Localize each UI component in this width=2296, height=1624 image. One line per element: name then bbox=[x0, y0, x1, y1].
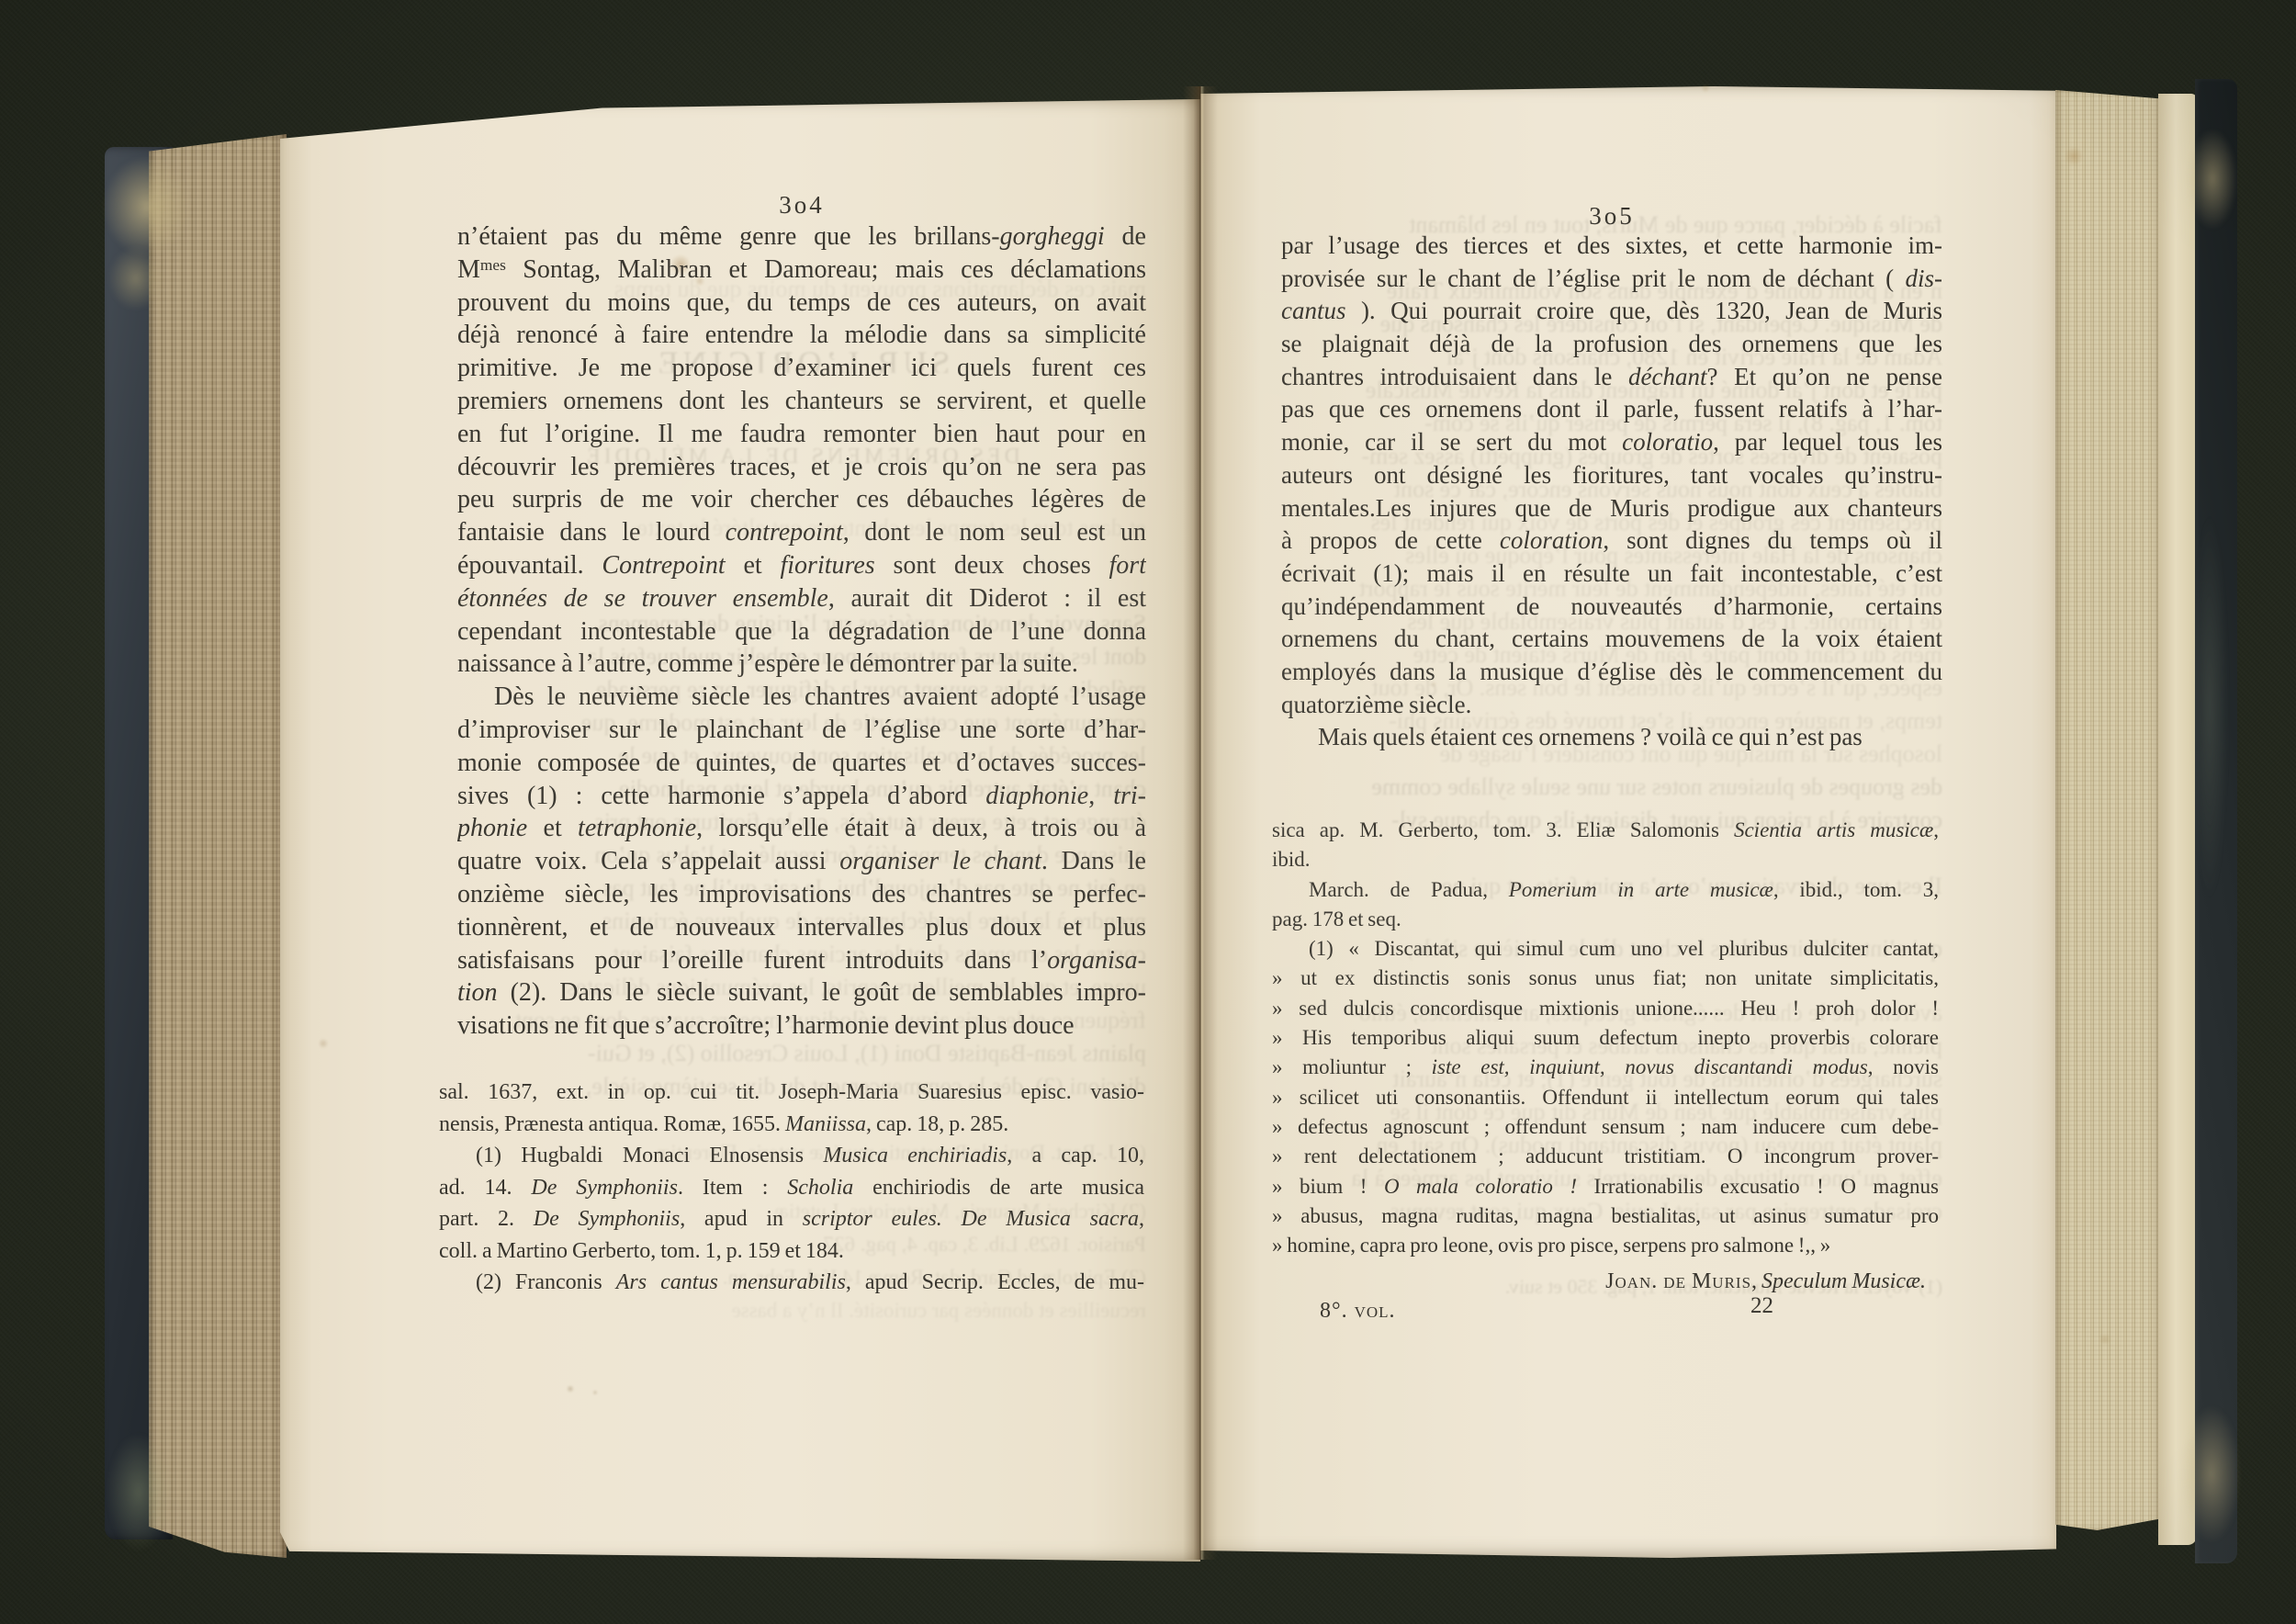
text-line: tion (2). Dans le siècle suivant, le goû… bbox=[457, 976, 1146, 1009]
text-line: qu’indépendamment de nouveautés d’harmon… bbox=[1281, 591, 1942, 624]
text-line: » defectus agnoscunt ; offendunt sensum … bbox=[1272, 1112, 1939, 1142]
text-line: visations ne fit que s’accroître; l’harm… bbox=[457, 1009, 1146, 1043]
text-line: March. de Padua, Pomerium in arte musicæ… bbox=[1272, 875, 1939, 905]
text-line: à propos de cette coloration, sont digne… bbox=[1281, 524, 1942, 558]
text-line: » His temporibus aliqui suum defectum in… bbox=[1272, 1023, 1939, 1053]
text-line: sal. 1637, ext. in op. cui tit. Joseph-M… bbox=[439, 1077, 1144, 1109]
text-line: se plaignait déjà de la profusion des or… bbox=[1281, 328, 1942, 361]
text-line: employés dans la musique d’église dès le… bbox=[1281, 656, 1942, 689]
text-line: peu surpris de me voir chercher ces déba… bbox=[457, 483, 1146, 516]
text-line: Dès le neuvième siècle les chantres avai… bbox=[457, 681, 1146, 714]
text-line: » bium ! O mala coloratio ! Irrationabil… bbox=[1272, 1172, 1939, 1201]
text-line: part. 2. De Symphoniis, apud in scriptor… bbox=[439, 1203, 1144, 1235]
text-line: n’étaient pas du même genre que les bril… bbox=[457, 220, 1146, 254]
book-photo: mais ces déclamations prouvent du moins … bbox=[0, 0, 2296, 1624]
text-line: ibid. bbox=[1272, 845, 1939, 874]
text-line: onzième siècle, les improvisations des c… bbox=[457, 878, 1146, 911]
left-page-footnotes: sal. 1637, ext. in op. cui tit. Joseph-M… bbox=[439, 1077, 1144, 1299]
text-line: phonie et tetraphonie, lorsqu’elle était… bbox=[457, 812, 1146, 845]
text-line: (1) Hugbaldi Monaci Elnosensis Musica en… bbox=[439, 1140, 1144, 1172]
text-line: pag. 178 et seq. bbox=[1272, 905, 1939, 934]
text-line: » abusus, magna ruditas, magna bestialit… bbox=[1272, 1201, 1939, 1231]
text-line: Mmes Sontag, Malibran et Damoreau; mais … bbox=[457, 254, 1146, 287]
text-line: tionnèrent, et de nouveaux intervalles p… bbox=[457, 911, 1146, 944]
text-line: quatorzième siècle. bbox=[1281, 689, 1942, 722]
text-line: (1) « Discantat, qui simul cum uno vel p… bbox=[1272, 934, 1939, 964]
text-line: coll. a Martino Gerberto, tom. 1, p. 159… bbox=[439, 1235, 1144, 1268]
text-line: écrivait (1); mais il en résulte un fait… bbox=[1281, 558, 1942, 591]
text-line: mentales.Les injures que de Muris prodig… bbox=[1281, 492, 1942, 525]
left-page-body-text: n’étaient pas du même genre que les bril… bbox=[457, 220, 1146, 1043]
text-line: en fut l’origine. Il me faudra remonter … bbox=[457, 418, 1146, 451]
right-fore-edge-pages bbox=[2055, 90, 2160, 1530]
right-page-body-text: par l’usage des tierces et des sixtes, e… bbox=[1281, 230, 1942, 754]
text-line: » homine, capra pro leone, ovis pro pisc… bbox=[1272, 1231, 1939, 1260]
text-line: fantaisie dans le lourd contrepoint, don… bbox=[457, 516, 1146, 549]
text-line: sica ap. M. Gerberto, tom. 3. Eliæ Salom… bbox=[1272, 816, 1939, 845]
text-line: Joan. de Muris, Speculum Musicæ. bbox=[1272, 1268, 1926, 1295]
left-fore-edge-pages bbox=[149, 134, 287, 1558]
text-line: découvrir les premières traces, et je cr… bbox=[457, 451, 1146, 484]
footnote-attribution: Joan. de Muris, Speculum Musicæ. bbox=[1272, 1268, 1926, 1295]
page-number-right: 3o5 bbox=[1281, 202, 1942, 231]
text-line: par l’usage des tierces et des sixtes, e… bbox=[1281, 230, 1942, 263]
volume-signature: 8°. vol. bbox=[1320, 1299, 1396, 1324]
text-line: épouvantail. Contrepoint et fioritures s… bbox=[457, 549, 1146, 582]
text-line: primitive. Je me propose d’examiner ici … bbox=[457, 352, 1146, 385]
text-line: premiers ornemens dont les chanteurs se … bbox=[457, 385, 1146, 418]
text-line: Mais quels étaient ces ornemens ? voilà … bbox=[1281, 721, 1942, 754]
text-line: provisée sur le chant de l’église prit l… bbox=[1281, 263, 1942, 296]
cover-wear-patch bbox=[2188, 129, 2237, 230]
text-line: auteurs ont désigné les fioritures, tant… bbox=[1281, 459, 1942, 492]
text-line: cependant incontestable que la dégradati… bbox=[457, 615, 1146, 648]
cover-wear-patch bbox=[107, 1433, 171, 1552]
text-line: étonnées de se trouver ensemble, aurait … bbox=[457, 582, 1146, 615]
text-line: naissance à l’autre, comme j’espère le d… bbox=[457, 648, 1146, 681]
text-line: d’improviser sur le plainchant de l’égli… bbox=[457, 714, 1146, 747]
text-line: déjà renoncé à faire entendre la mélodie… bbox=[457, 319, 1146, 352]
text-line: ad. 14. De Symphoniis. Item : Scholia en… bbox=[439, 1172, 1144, 1204]
cover-wear-patch bbox=[103, 156, 191, 257]
text-line: nensis, Prænesta antiqua. Romæ, 1655. Ma… bbox=[439, 1109, 1144, 1141]
cover-wear-patch bbox=[2182, 1405, 2241, 1543]
text-line: satisfaisans pour l’oreille furent intro… bbox=[457, 944, 1146, 977]
text-line: monie, car il se sert du mot coloratio, … bbox=[1281, 426, 1942, 459]
book-gutter bbox=[1183, 86, 1218, 1560]
text-line: ornemens du chant, certains mouvemens de… bbox=[1281, 623, 1942, 656]
text-line: monie composée de quintes, de quartes et… bbox=[457, 747, 1146, 780]
cover-wear-patch bbox=[2191, 514, 2228, 900]
text-line: cantus ). Qui pourrait croire que, dès 1… bbox=[1281, 295, 1942, 328]
text-line: (2) Franconis Ars cantus mensurabilis, a… bbox=[439, 1267, 1144, 1299]
text-line: » sed dulcis concordisque mixtionis unio… bbox=[1272, 994, 1939, 1023]
text-line: » rent delectationem ; adducunt tristiti… bbox=[1272, 1142, 1939, 1171]
text-line: » ut ex distinctis sonis sonus unus fiat… bbox=[1272, 964, 1939, 993]
right-page-footnotes: sica ap. M. Gerberto, tom. 3. Eliæ Salom… bbox=[1272, 816, 1939, 1260]
text-line: » moliuntur ; iste est, inquiunt, novus … bbox=[1272, 1053, 1939, 1082]
text-line: » scilicet uti consonantiis. Offendunt i… bbox=[1272, 1083, 1939, 1112]
gathering-number: 22 bbox=[1750, 1293, 1773, 1319]
text-line: chantres introduisaient dans le déchant?… bbox=[1281, 361, 1942, 394]
page-number-left: 3o4 bbox=[457, 191, 1146, 220]
text-line: prouvent du moins que, du temps de ces a… bbox=[457, 287, 1146, 320]
text-line: sives (1) : cette harmonie s’appela d’ab… bbox=[457, 780, 1146, 813]
under-page-right bbox=[2158, 94, 2197, 1545]
text-line: quatre voix. Cela s’appelait aussi organ… bbox=[457, 845, 1146, 878]
text-line: pas que ces ornemens dont il parle, fuss… bbox=[1281, 393, 1942, 426]
cover-wear-patch bbox=[108, 246, 163, 310]
